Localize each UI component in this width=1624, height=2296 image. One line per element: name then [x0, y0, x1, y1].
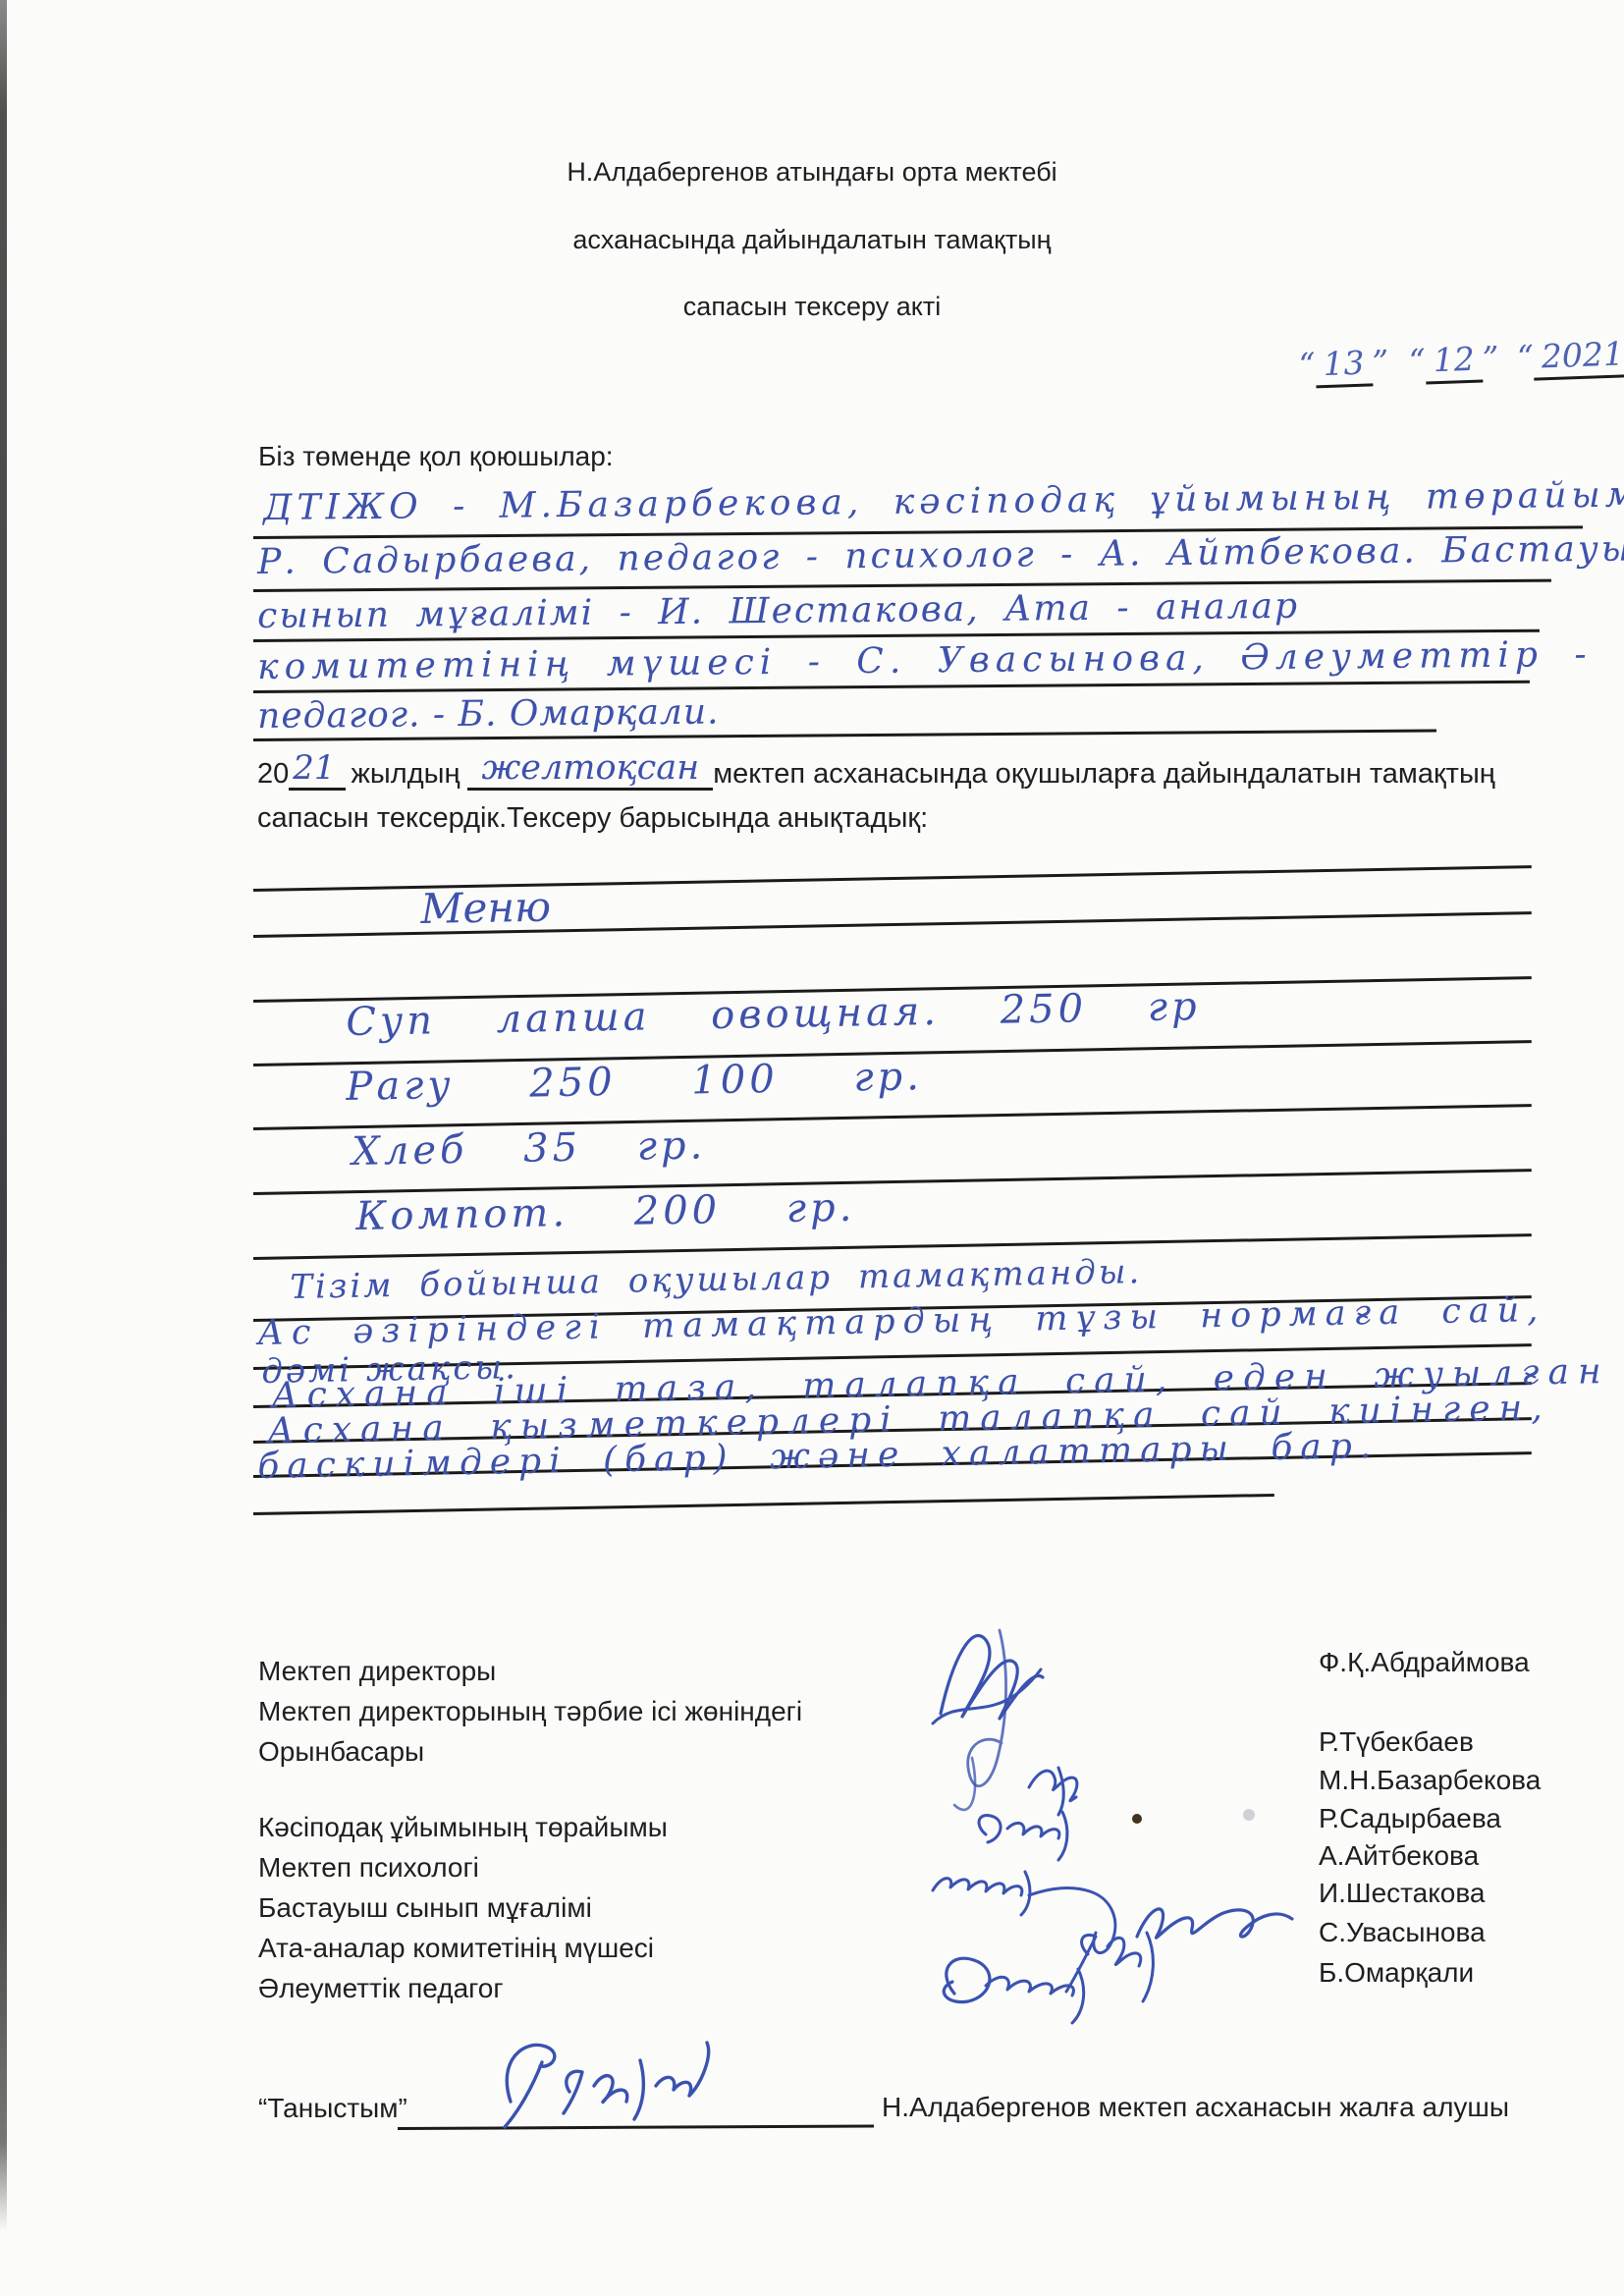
name-omarkali: Б.Омарқали: [1319, 1957, 1474, 1989]
role-deputy-line-2: Орынбасары: [258, 1736, 424, 1768]
signature-omarkali: [944, 1958, 1083, 2023]
date-day: 13: [1315, 343, 1374, 388]
menu-entry-ragu: Рагу 250 100 гр.: [346, 1054, 923, 1110]
signature-uvasynova: [1066, 1933, 1153, 2001]
role-parent-committee: Ата-аналар комитетінің мүшесі: [258, 1933, 654, 1964]
ink-speck: [1132, 1814, 1142, 1824]
date-year: 2021: [1533, 334, 1624, 380]
signature-tenant: [422, 2031, 746, 2139]
signature-bazarbekova: [1029, 1768, 1077, 1815]
acknowledged-label: “Таныстым”: [258, 2093, 407, 2124]
finding-line-1: Тізім бойынша оқушылар тамақтанды.: [290, 1252, 1143, 1307]
role-psychologist: Мектеп психологі: [258, 1852, 479, 1884]
date-open-quote: “: [1298, 345, 1316, 384]
scanned-document-page: Н.Алдабергенов атындағы орта мектебі асх…: [0, 0, 1624, 2296]
after-month-text: мектеп асханасында оқушыларға дайындалат…: [713, 758, 1495, 790]
signature-shestakova: [1137, 1909, 1292, 1938]
ruled-line: [253, 1494, 1274, 1515]
name-shestakova: И.Шестакова: [1319, 1878, 1486, 1909]
signatures-cluster: [903, 1601, 1335, 2043]
signature-sadyrbaeva: [979, 1812, 1067, 1860]
menu-entry-soup: Суп лапша овощная. 250 гр: [346, 984, 1201, 1045]
date-open-quote: “: [1516, 338, 1534, 377]
year-handwritten: 21: [289, 748, 345, 791]
body-paragraph-line-1: 2021жылдыңжелтоқсанмектеп асханасында оқ…: [257, 752, 1495, 794]
role-school-director: Мектеп директоры: [258, 1656, 496, 1687]
date-open-quote: “: [1408, 341, 1426, 380]
title-line-3: сапасын тексеру акті: [0, 292, 1624, 322]
handwritten-line-1: ДТІЖО - М.Базарбекова, кәсіподақ ұйымыны…: [263, 474, 1624, 528]
name-tubekbaev: Р.Түбекбаев: [1319, 1726, 1474, 1758]
month-handwritten: желтоқсан: [467, 748, 713, 791]
intro-label: Біз төменде қол қоюшылар:: [258, 441, 614, 472]
name-sadyrbaeva: Р.Садырбаева: [1319, 1803, 1501, 1834]
name-uvasynova: С.Увасынова: [1319, 1917, 1486, 1948]
handwritten-line-3: сынып мұғалімі - И. Шестакова, Ата - ана…: [257, 586, 1299, 636]
signature-director: [933, 1630, 1043, 1810]
name-bazarbekova: М.Н.Базарбекова: [1319, 1765, 1541, 1796]
signature-aitbekova: [933, 1872, 1115, 1953]
ruled-line: [253, 1104, 1532, 1130]
title-line-2: асханасында дайындалатын тамақтың: [0, 225, 1624, 255]
name-abdraimova: Ф.Қ.Абдраймова: [1319, 1647, 1530, 1678]
scan-speck: [1243, 1809, 1255, 1821]
role-primary-teacher: Бастауыш сынып мұғалімі: [258, 1892, 592, 1924]
handwritten-line-4: комитетінің мүшесі - С. Увасынова, Әлеум…: [257, 634, 1593, 687]
title-line-1: Н.Алдабергенов атындағы орта мектебі: [0, 157, 1624, 188]
body-paragraph-line-2: сапасын тексердік.Тексеру барысында анық…: [257, 802, 928, 835]
scan-edge-artifact: [0, 0, 7, 2231]
tenant-caption: Н.Алдабергенов мектеп асханасын жалға ал…: [882, 2092, 1509, 2123]
role-social-pedagogue: Әлеуметтік педагог: [258, 1973, 504, 2004]
role-union-chair: Кәсіподақ ұйымының төрайымы: [258, 1812, 668, 1843]
date-month: 12: [1425, 339, 1484, 384]
menu-entry-compote: Компот. 200 гр.: [355, 1185, 856, 1239]
menu-entry-bread: Хлеб 35 гр.: [352, 1122, 707, 1175]
act-date: “13” “12” “2021”: [1298, 334, 1624, 389]
name-aitbekova: А.Айтбекова: [1319, 1840, 1479, 1872]
date-close-quote: ”: [1482, 339, 1499, 378]
after-year-label: жылдың: [352, 758, 460, 790]
date-close-quote: ”: [1372, 343, 1389, 382]
menu-heading: Меню: [420, 883, 551, 933]
handwritten-line-5: педагог. - Б. Омарқали.: [257, 691, 720, 737]
role-deputy-line-1: Мектеп директорының тәрбие ісі жөніндегі: [258, 1696, 802, 1727]
year-prefix: 20: [257, 758, 289, 790]
